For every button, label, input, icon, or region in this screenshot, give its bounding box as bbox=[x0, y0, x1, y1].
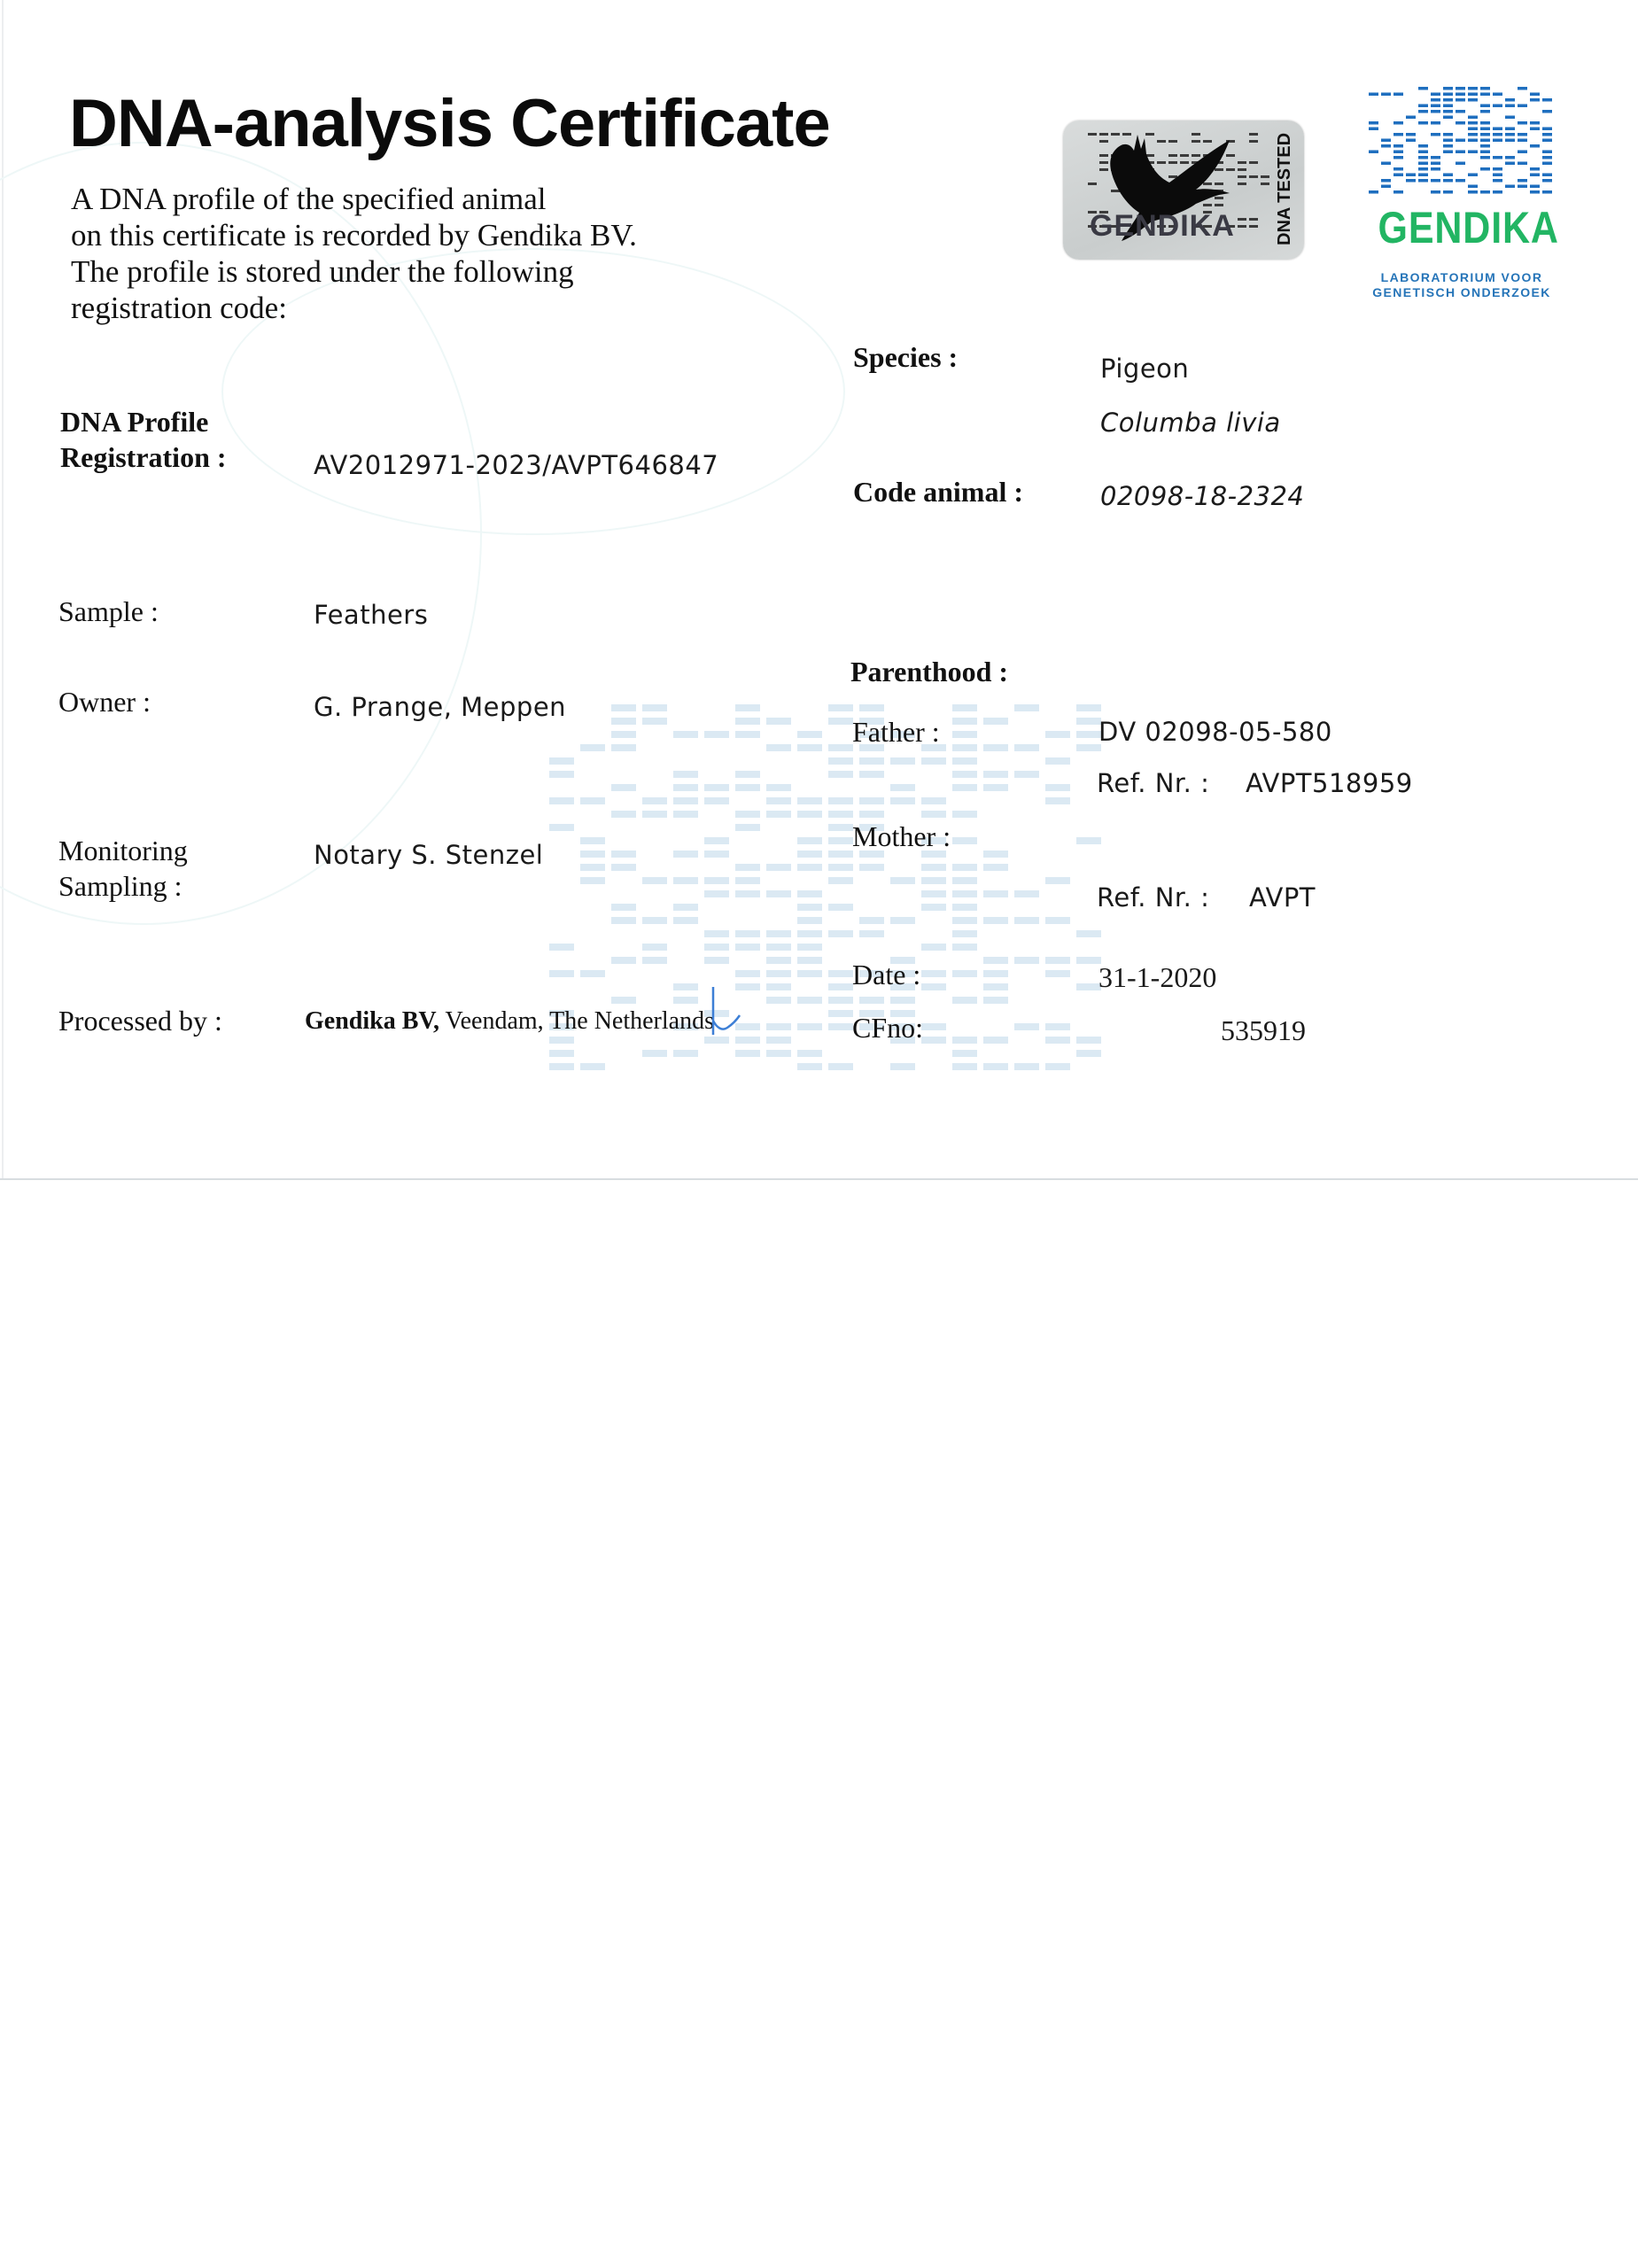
seal-caption: DNA TESTED bbox=[1275, 131, 1295, 246]
cfno-value: 535919 bbox=[1221, 1013, 1306, 1048]
certificate-title: DNA-analysis Certificate bbox=[69, 85, 830, 162]
processed-location: Veendam, The Netherlands bbox=[439, 1007, 714, 1035]
seal-brand: GENDIKA bbox=[1090, 209, 1235, 244]
mother-ref-value: AVPT bbox=[1249, 880, 1316, 915]
monitoring-label-line: Sampling : bbox=[58, 868, 188, 904]
processed-company: Gendika BV, bbox=[305, 1007, 439, 1035]
intro-line: registration code: bbox=[71, 290, 780, 326]
mother-label: Mother : bbox=[852, 819, 951, 854]
intro-line: on this certificate is recorded by Gendi… bbox=[71, 217, 780, 253]
sample-label: Sample : bbox=[58, 594, 159, 629]
species-common-value: Pigeon bbox=[1100, 351, 1189, 386]
certificate-intro: A DNA profile of the specified animal on… bbox=[71, 181, 780, 326]
processed-value: Gendika BV, Veendam, The Netherlands bbox=[305, 1007, 714, 1036]
logo-tagline-line: GENETISCH ONDERZOEK bbox=[1355, 285, 1568, 300]
logo-wordmark: GENDIKA bbox=[1378, 202, 1548, 253]
signature-mark-icon bbox=[704, 985, 749, 1038]
species-label: Species : bbox=[853, 339, 958, 375]
scanned-page: DNA-analysis Certificate A DNA profile o… bbox=[0, 0, 1638, 2268]
mother-ref-label: Ref. Nr. : bbox=[1097, 880, 1209, 915]
date-label: Date : bbox=[852, 957, 920, 992]
logo-tagline-line: LABORATORIUM VOOR bbox=[1355, 270, 1568, 285]
registration-label-line: DNA Profile bbox=[60, 404, 227, 439]
code-animal-value: 02098-18-2324 bbox=[1100, 478, 1304, 514]
intro-line: A DNA profile of the specified animal bbox=[71, 181, 780, 217]
cfno-label: CFno: bbox=[852, 1010, 923, 1045]
monitoring-label: Monitoring Sampling : bbox=[58, 833, 188, 904]
logo-tagline: LABORATORIUM VOOR GENETISCH ONDERZOEK bbox=[1355, 270, 1568, 300]
gendika-logo-icon bbox=[1369, 87, 1555, 198]
sample-value: Feathers bbox=[314, 597, 428, 633]
monitoring-label-line: Monitoring bbox=[58, 833, 188, 868]
parenthood-label: Parenthood : bbox=[850, 654, 1008, 689]
code-animal-label: Code animal : bbox=[853, 474, 1023, 509]
date-value: 31-1-2020 bbox=[1098, 959, 1216, 995]
monitoring-value: Notary S. Stenzel bbox=[314, 837, 543, 873]
registration-value: AV2012971-2023/AVPT646847 bbox=[314, 447, 718, 483]
father-label: Father : bbox=[852, 714, 940, 750]
processed-label: Processed by : bbox=[58, 1003, 222, 1038]
species-latin-value: Columba livia bbox=[1100, 405, 1281, 440]
father-value: DV 02098-05-580 bbox=[1098, 714, 1332, 750]
father-ref-value: AVPT518959 bbox=[1246, 765, 1413, 801]
owner-value: G. Prange, Meppen bbox=[314, 689, 566, 725]
father-code: DV 02098-05-580 bbox=[1098, 717, 1332, 747]
intro-line: The profile is stored under the followin… bbox=[71, 253, 780, 290]
registration-label: DNA Profile Registration : bbox=[60, 404, 227, 475]
father-ref-label: Ref. Nr. : bbox=[1097, 765, 1209, 801]
certificate-card: DNA-analysis Certificate A DNA profile o… bbox=[0, 0, 1638, 1180]
owner-label: Owner : bbox=[58, 684, 151, 719]
dna-tested-seal: GENDIKA DNA TESTED bbox=[1063, 120, 1304, 260]
registration-label-line: Registration : bbox=[60, 439, 227, 475]
